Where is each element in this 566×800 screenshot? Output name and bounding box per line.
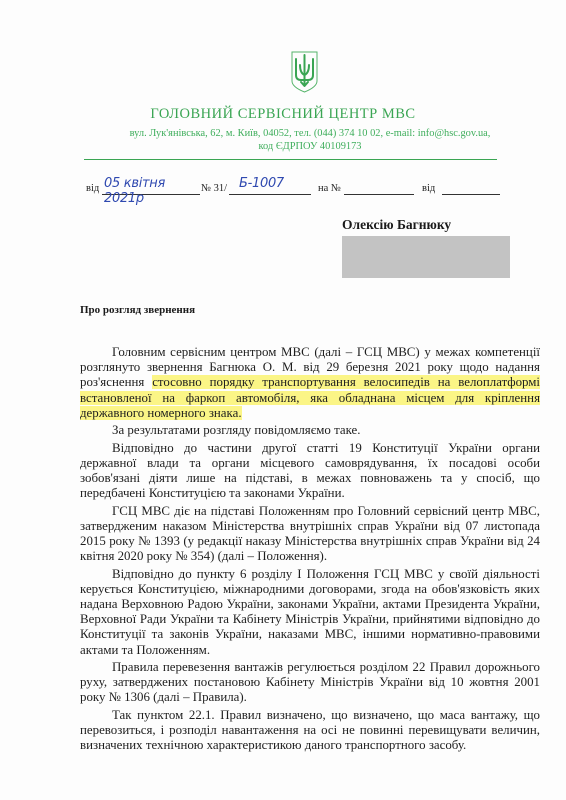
- redacted-address: [342, 236, 510, 278]
- paragraph-6: Правила перевезення вантажів регулюється…: [80, 660, 540, 706]
- paragraph-1: Головним сервісним центром МВС (далі – Г…: [80, 345, 540, 421]
- document-page: ГОЛОВНИЙ СЕРВІСНИЙ ЦЕНТР МВС вул. Лук'ян…: [0, 0, 566, 800]
- on-from-label: від: [422, 183, 435, 194]
- address-line: вул. Лук'янівська, 62, м. Київ, 04052, т…: [95, 127, 525, 140]
- paragraph-3: Відповідно до частини другої статті 19 К…: [80, 441, 540, 502]
- number-field: Б-1007: [229, 176, 311, 195]
- organization-name: ГОЛОВНИЙ СЕРВІСНИЙ ЦЕНТР МВС: [0, 106, 566, 123]
- paragraph-7: Так пунктом 22.1. Правил визначено, що в…: [80, 708, 540, 754]
- handwritten-date: 05 квітня 2021р: [104, 176, 200, 206]
- recipient-name: Олексію Багнюку: [342, 217, 451, 233]
- date-field: 05 квітня 2021р: [102, 176, 200, 195]
- edrpou-code: код ЄДРПОУ 40109173: [95, 140, 525, 153]
- subject-line: Про розгляд звернення: [80, 304, 195, 316]
- number-label: № 31/: [201, 183, 227, 194]
- on-from-field: [442, 176, 500, 195]
- header-divider: [84, 159, 497, 160]
- organization-address: вул. Лук'янівська, 62, м. Київ, 04052, т…: [95, 127, 525, 153]
- paragraph-2: За результатами розгляду повідомляємо та…: [80, 423, 540, 438]
- registration-line: від 05 квітня 2021р № 31/ Б-1007 на № ві…: [82, 176, 502, 198]
- handwritten-number: Б-1007: [239, 176, 284, 191]
- letter-body: Головним сервісним центром МВС (далі – Г…: [80, 345, 540, 756]
- trident-icon: [291, 51, 318, 93]
- on-number-label: на №: [318, 183, 341, 194]
- paragraph-5: Відповідно до пункту 6 розділу І Положен…: [80, 567, 540, 658]
- paragraph-4: ГСЦ МВС діє на підставі Положенням про Г…: [80, 504, 540, 565]
- from-label: від: [86, 183, 99, 194]
- on-number-field: [344, 176, 414, 195]
